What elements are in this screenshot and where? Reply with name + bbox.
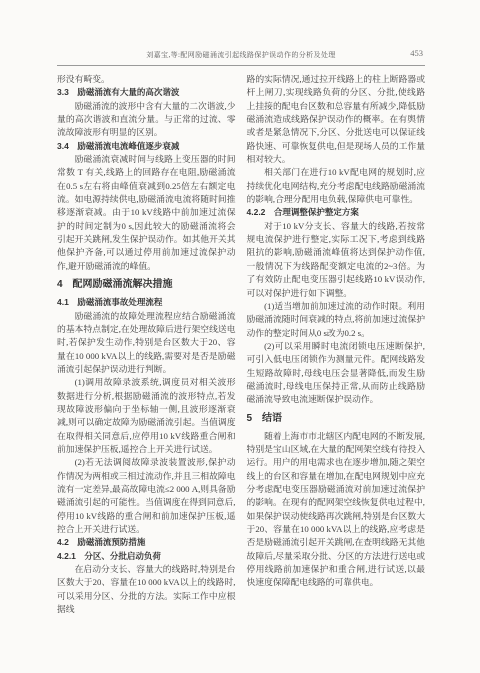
paragraph: 在启动分支长、容量大的线路时,特别是台区数大于20、容量在10 000 kVA以… (57, 563, 236, 616)
paragraph: 随着上海市市北辖区内配电网的不断发展,特别是宝山区域,在大量的配网架空线有待投入… (247, 430, 426, 590)
page-number: 453 (410, 48, 423, 58)
left-column: 形没有畸变。3.3 励磁涌流有大量的高次谐波励磁涌流的波形中含有大量的二次谐波,… (57, 73, 236, 616)
paragraph: 路的实际情况,通过拉开线路上的柱上断路器或杆上闸刀,实现线路负荷的分区、分批,使… (247, 73, 426, 166)
paragraph: (1)适当增加前加速过流的动作时限。利用励磁涌流随时间衰减的特点,将前加速过流保… (247, 300, 426, 340)
paragraph: (1)调用故障录波系统,调度员对相关波形数据进行分析,根据励磁涌流的波形特点,若… (57, 376, 236, 456)
paper-page: 刘嘉宝,等:配网励磁涌流引起线路保护误动作的分析及处理 453 形没有畸变。3.… (0, 0, 480, 673)
subsection-heading: 3.4 励磁涌流电流峰值逐步衰减 (57, 140, 236, 153)
paragraph: (2)若无法调阅故障录波装置波形,保护动作情况为两相或三相过流动作,并且三相故障… (57, 456, 236, 536)
subsection-heading: 4.1 励磁涌流事故处理流程 (57, 296, 236, 309)
paragraph: 励磁涌流的波形中含有大量的二次谐波,少量的高次谐波和直流分量。与正常的过流、零流… (57, 100, 236, 140)
subsection-heading: 4.2 励磁涌流预防措施 (57, 536, 236, 549)
paragraph: (2)可以采用瞬时电流闭锁电压速断保护,可引入低电压闭锁作为测量元件。配网线路发… (247, 340, 426, 407)
subsection-heading: 3.3 励磁涌流有大量的高次谐波 (57, 86, 236, 99)
section-heading: 4 配网励磁涌流解决措施 (57, 278, 236, 292)
paragraph: 形没有畸变。 (57, 73, 236, 86)
running-header: 刘嘉宝,等:配网励磁涌流引起线路保护误动作的分析及处理 453 (57, 48, 425, 66)
running-head-title: 刘嘉宝,等:配网励磁涌流引起线路保护误动作的分析及处理 (57, 50, 425, 60)
paragraph: 励磁涌流衰减时间与线路上变压器的时间常数 T 有关,线路上的回路存在电阻,励磁涌… (57, 153, 236, 273)
subsection-heading: 4.2.1 分区、分批启动负荷 (57, 550, 236, 563)
paragraph: 对于10 kV分支长、容量大的线路,若按常规电流保护进行整定,实际工况下,考虑到… (247, 220, 426, 300)
section-heading: 5 结语 (247, 412, 426, 426)
subsection-heading: 4.2.2 合理调整保护整定方案 (247, 206, 426, 219)
paragraph: 励磁涌流的故障处理流程应结合励磁涌流的基本特点制定,在处理故障后进行架空线送电时… (57, 310, 236, 377)
article-body: 形没有畸变。3.3 励磁涌流有大量的高次谐波励磁涌流的波形中含有大量的二次谐波,… (57, 73, 425, 616)
right-column: 路的实际情况,通过拉开线路上的柱上断路器或杆上闸刀,实现线路负荷的分区、分批,使… (247, 73, 426, 616)
paragraph: 相关部门在进行10 kV配电网的规划时,应持续优化电网结构,充分考虑配电线路励磁… (247, 166, 426, 206)
